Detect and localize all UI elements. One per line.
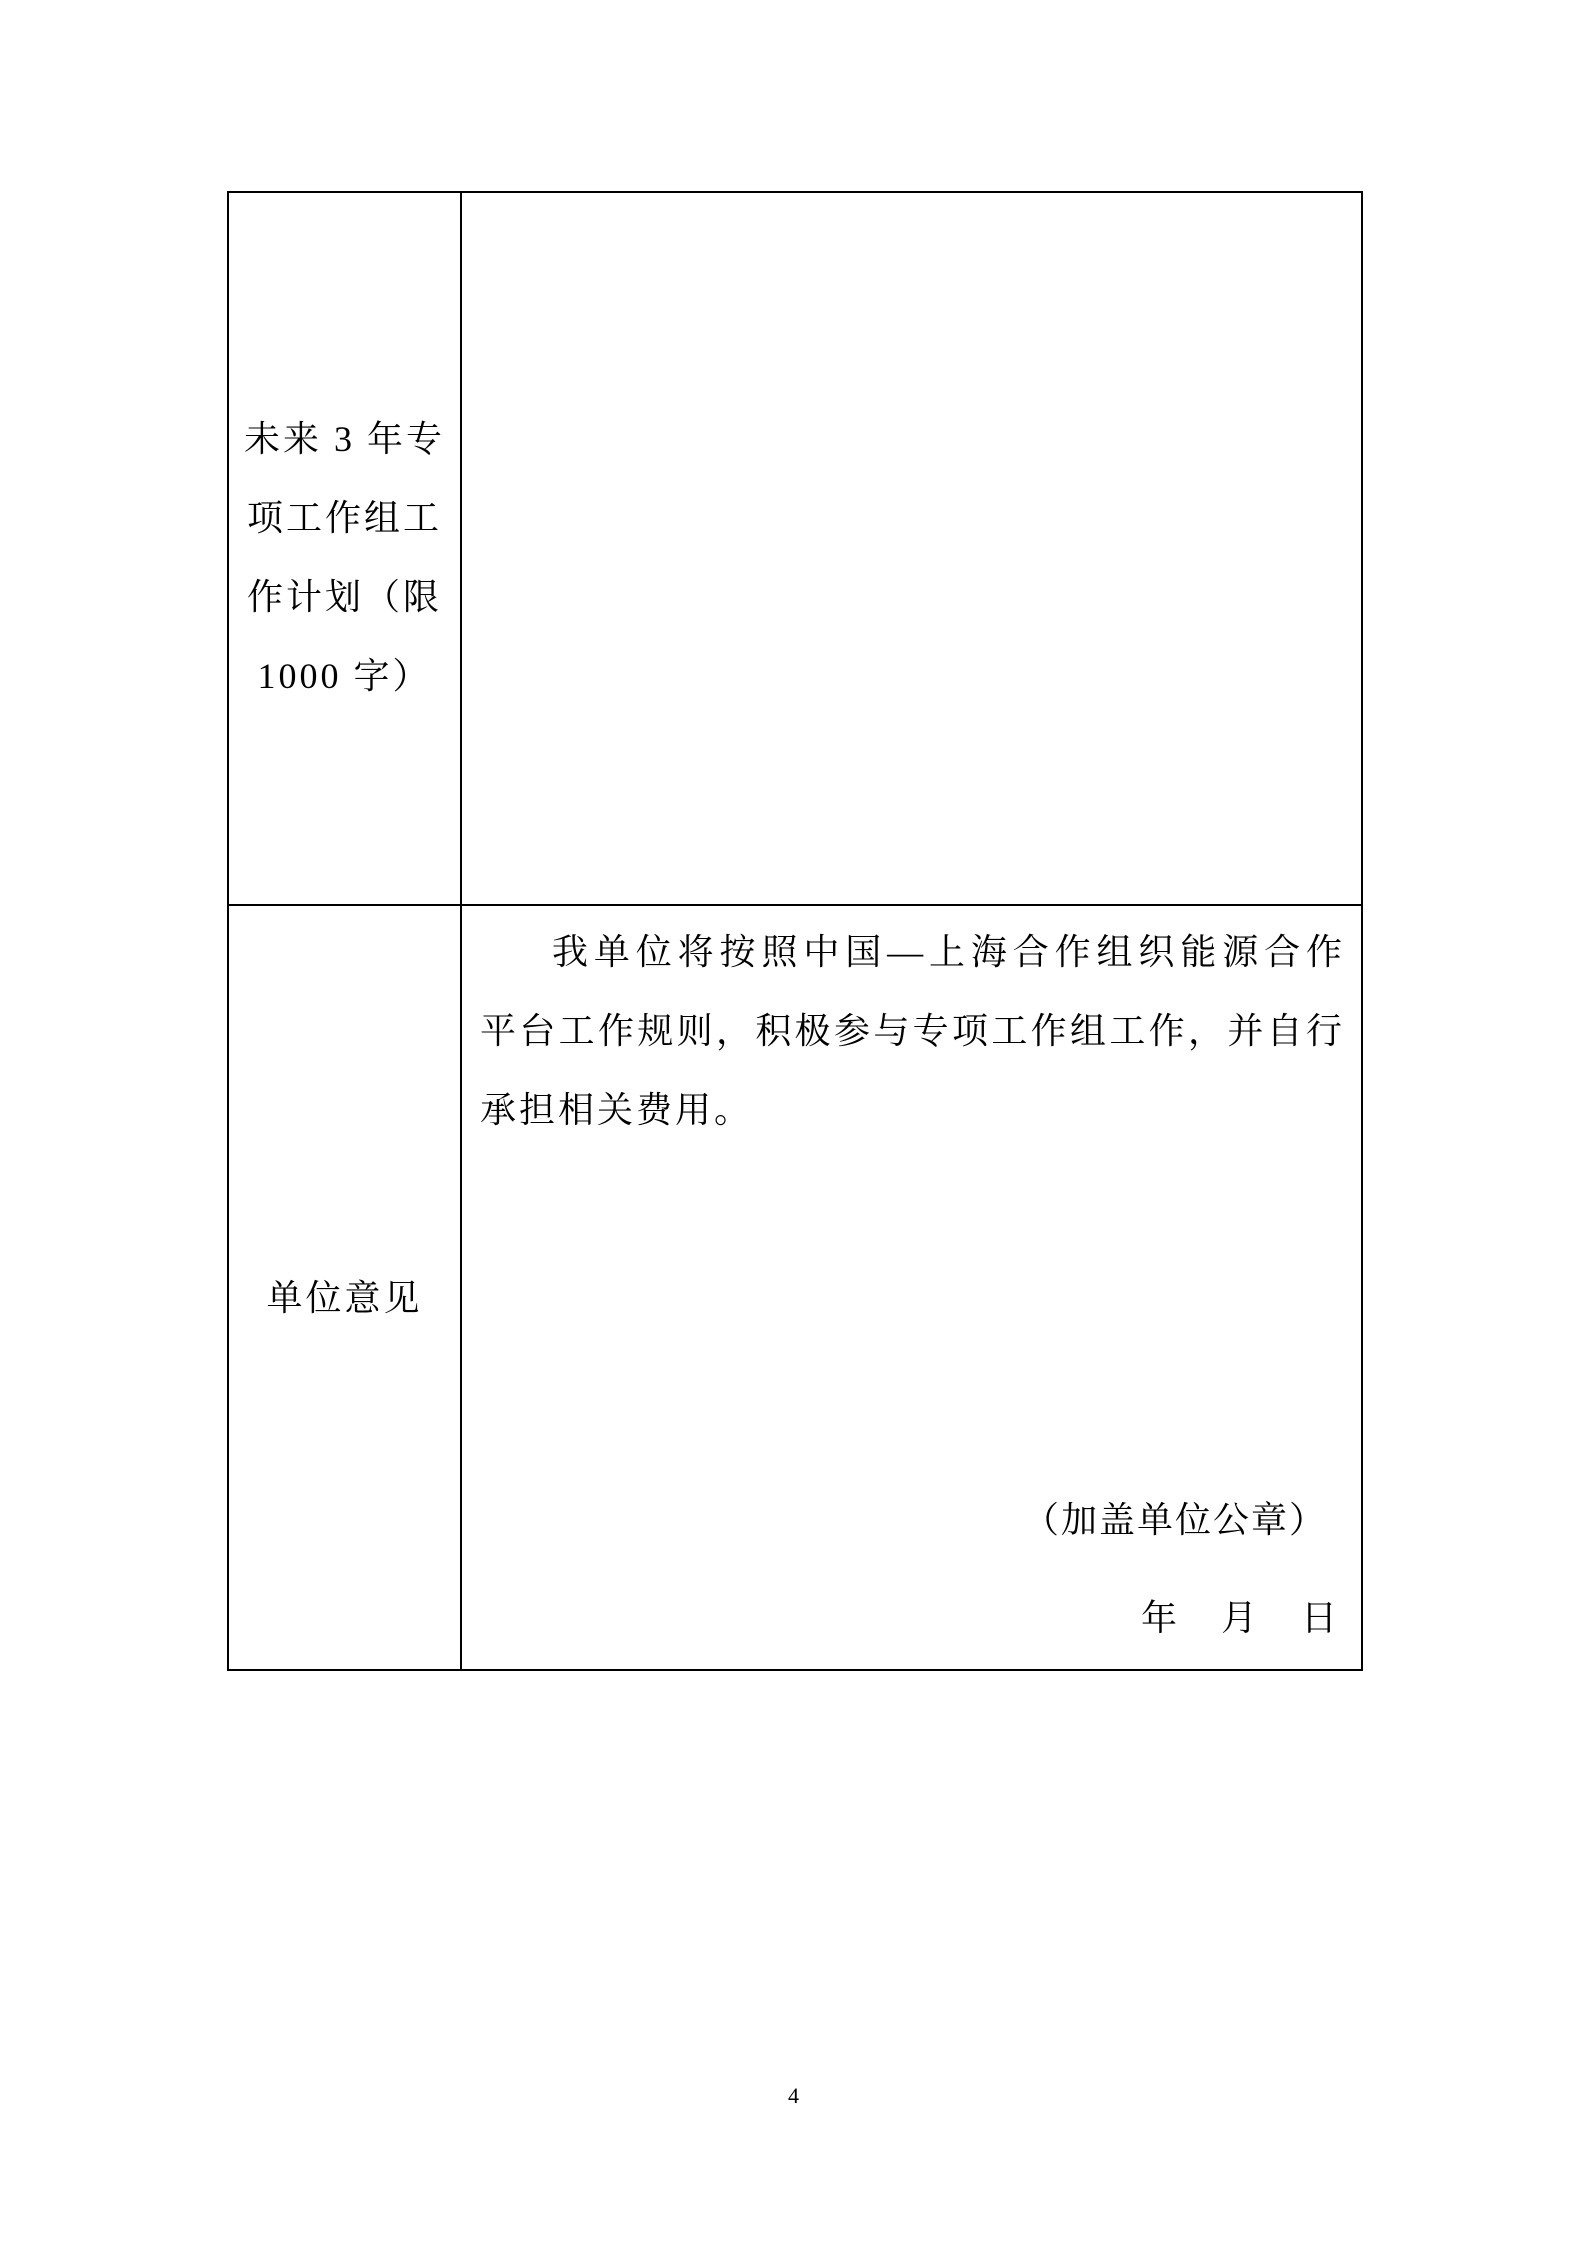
future-plan-label-line-4: 1000 字） xyxy=(257,637,431,716)
work-plan-table: 未来 3 年专 项工作组工 作计划（限 1000 字） 单位意见 我单位将按照中… xyxy=(227,191,1363,1671)
future-plan-label-line-3: 作计划（限 xyxy=(247,558,442,637)
unit-opinion-label: 单位意见 xyxy=(266,1259,422,1338)
page-number: 4 xyxy=(0,2082,1587,2110)
commitment-line-3: 承担相关费用。 xyxy=(480,1071,1343,1150)
future-plan-content-cell xyxy=(462,193,1361,906)
date-line: 年 月 日 xyxy=(480,1579,1343,1658)
future-plan-label-cell: 未来 3 年专 项工作组工 作计划（限 1000 字） xyxy=(229,193,462,906)
commitment-paragraph: 我单位将按照中国—上海合作组织能源合作 平台工作规则，积极参与专项工作组工作，并… xyxy=(480,913,1343,1150)
commitment-line-1: 我单位将按照中国—上海合作组织能源合作 xyxy=(480,913,1343,992)
unit-opinion-label-cell: 单位意见 xyxy=(229,906,462,1669)
future-plan-label-line-2: 项工作组工 xyxy=(247,479,442,558)
commitment-line-2: 平台工作规则，积极参与专项工作组工作，并自行 xyxy=(480,992,1343,1071)
document-page: 未来 3 年专 项工作组工 作计划（限 1000 字） 单位意见 我单位将按照中… xyxy=(0,0,1587,2245)
future-plan-label-line-1: 未来 3 年专 xyxy=(244,400,445,479)
unit-opinion-content-cell: 我单位将按照中国—上海合作组织能源合作 平台工作规则，积极参与专项工作组工作，并… xyxy=(462,906,1361,1669)
seal-note: （加盖单位公章） xyxy=(480,1481,1343,1560)
